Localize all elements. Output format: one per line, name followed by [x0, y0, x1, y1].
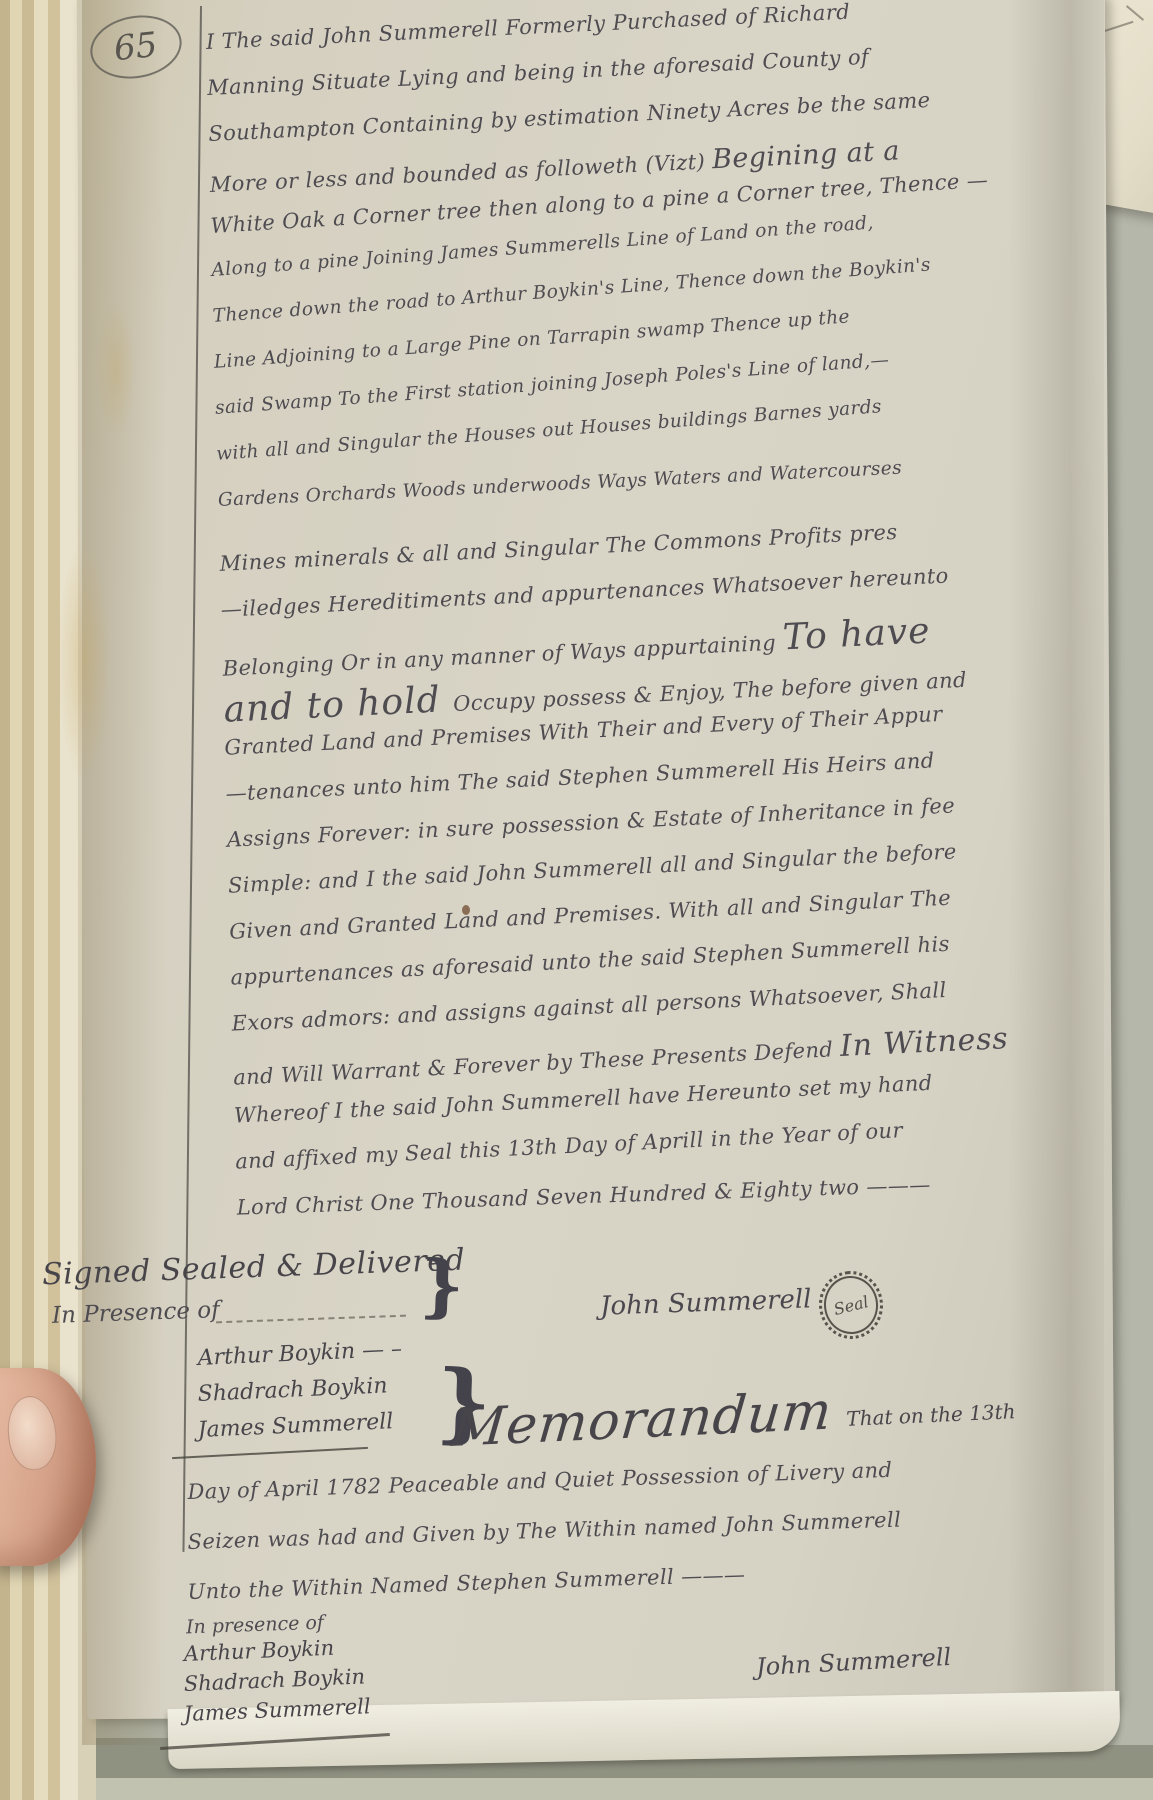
- seal-label: Seal: [811, 1263, 892, 1347]
- page-number: 65: [112, 25, 159, 69]
- deed-body: I The said John Summerell Formerly Purch…: [206, 11, 973, 1242]
- memo-witness-item: James Summerell: [183, 1694, 371, 1732]
- photo-root: 65 I The said John Summerell Formerly Pu…: [0, 0, 1153, 1800]
- memo-witness-list: Arthur Boykin Shadrach Boykin James Summ…: [184, 1642, 371, 1732]
- brace-glyph: }: [419, 1245, 465, 1326]
- paper-stain: [58, 540, 110, 780]
- thumb-nail: [4, 1394, 59, 1473]
- attestation-witness-list: Arthur Boykin — – Shadrach Boykin James …: [198, 1346, 402, 1454]
- memorandum-body: Day of April 1782 Peaceable and Quiet Po…: [188, 1480, 948, 1630]
- seal-icon: Seal: [815, 1267, 888, 1344]
- page-crease-shadow: [1008, 0, 1104, 1740]
- deed-line-emphasis: To have: [782, 610, 931, 658]
- table-surface-light: [0, 1778, 1153, 1800]
- paper-stain: [96, 300, 136, 440]
